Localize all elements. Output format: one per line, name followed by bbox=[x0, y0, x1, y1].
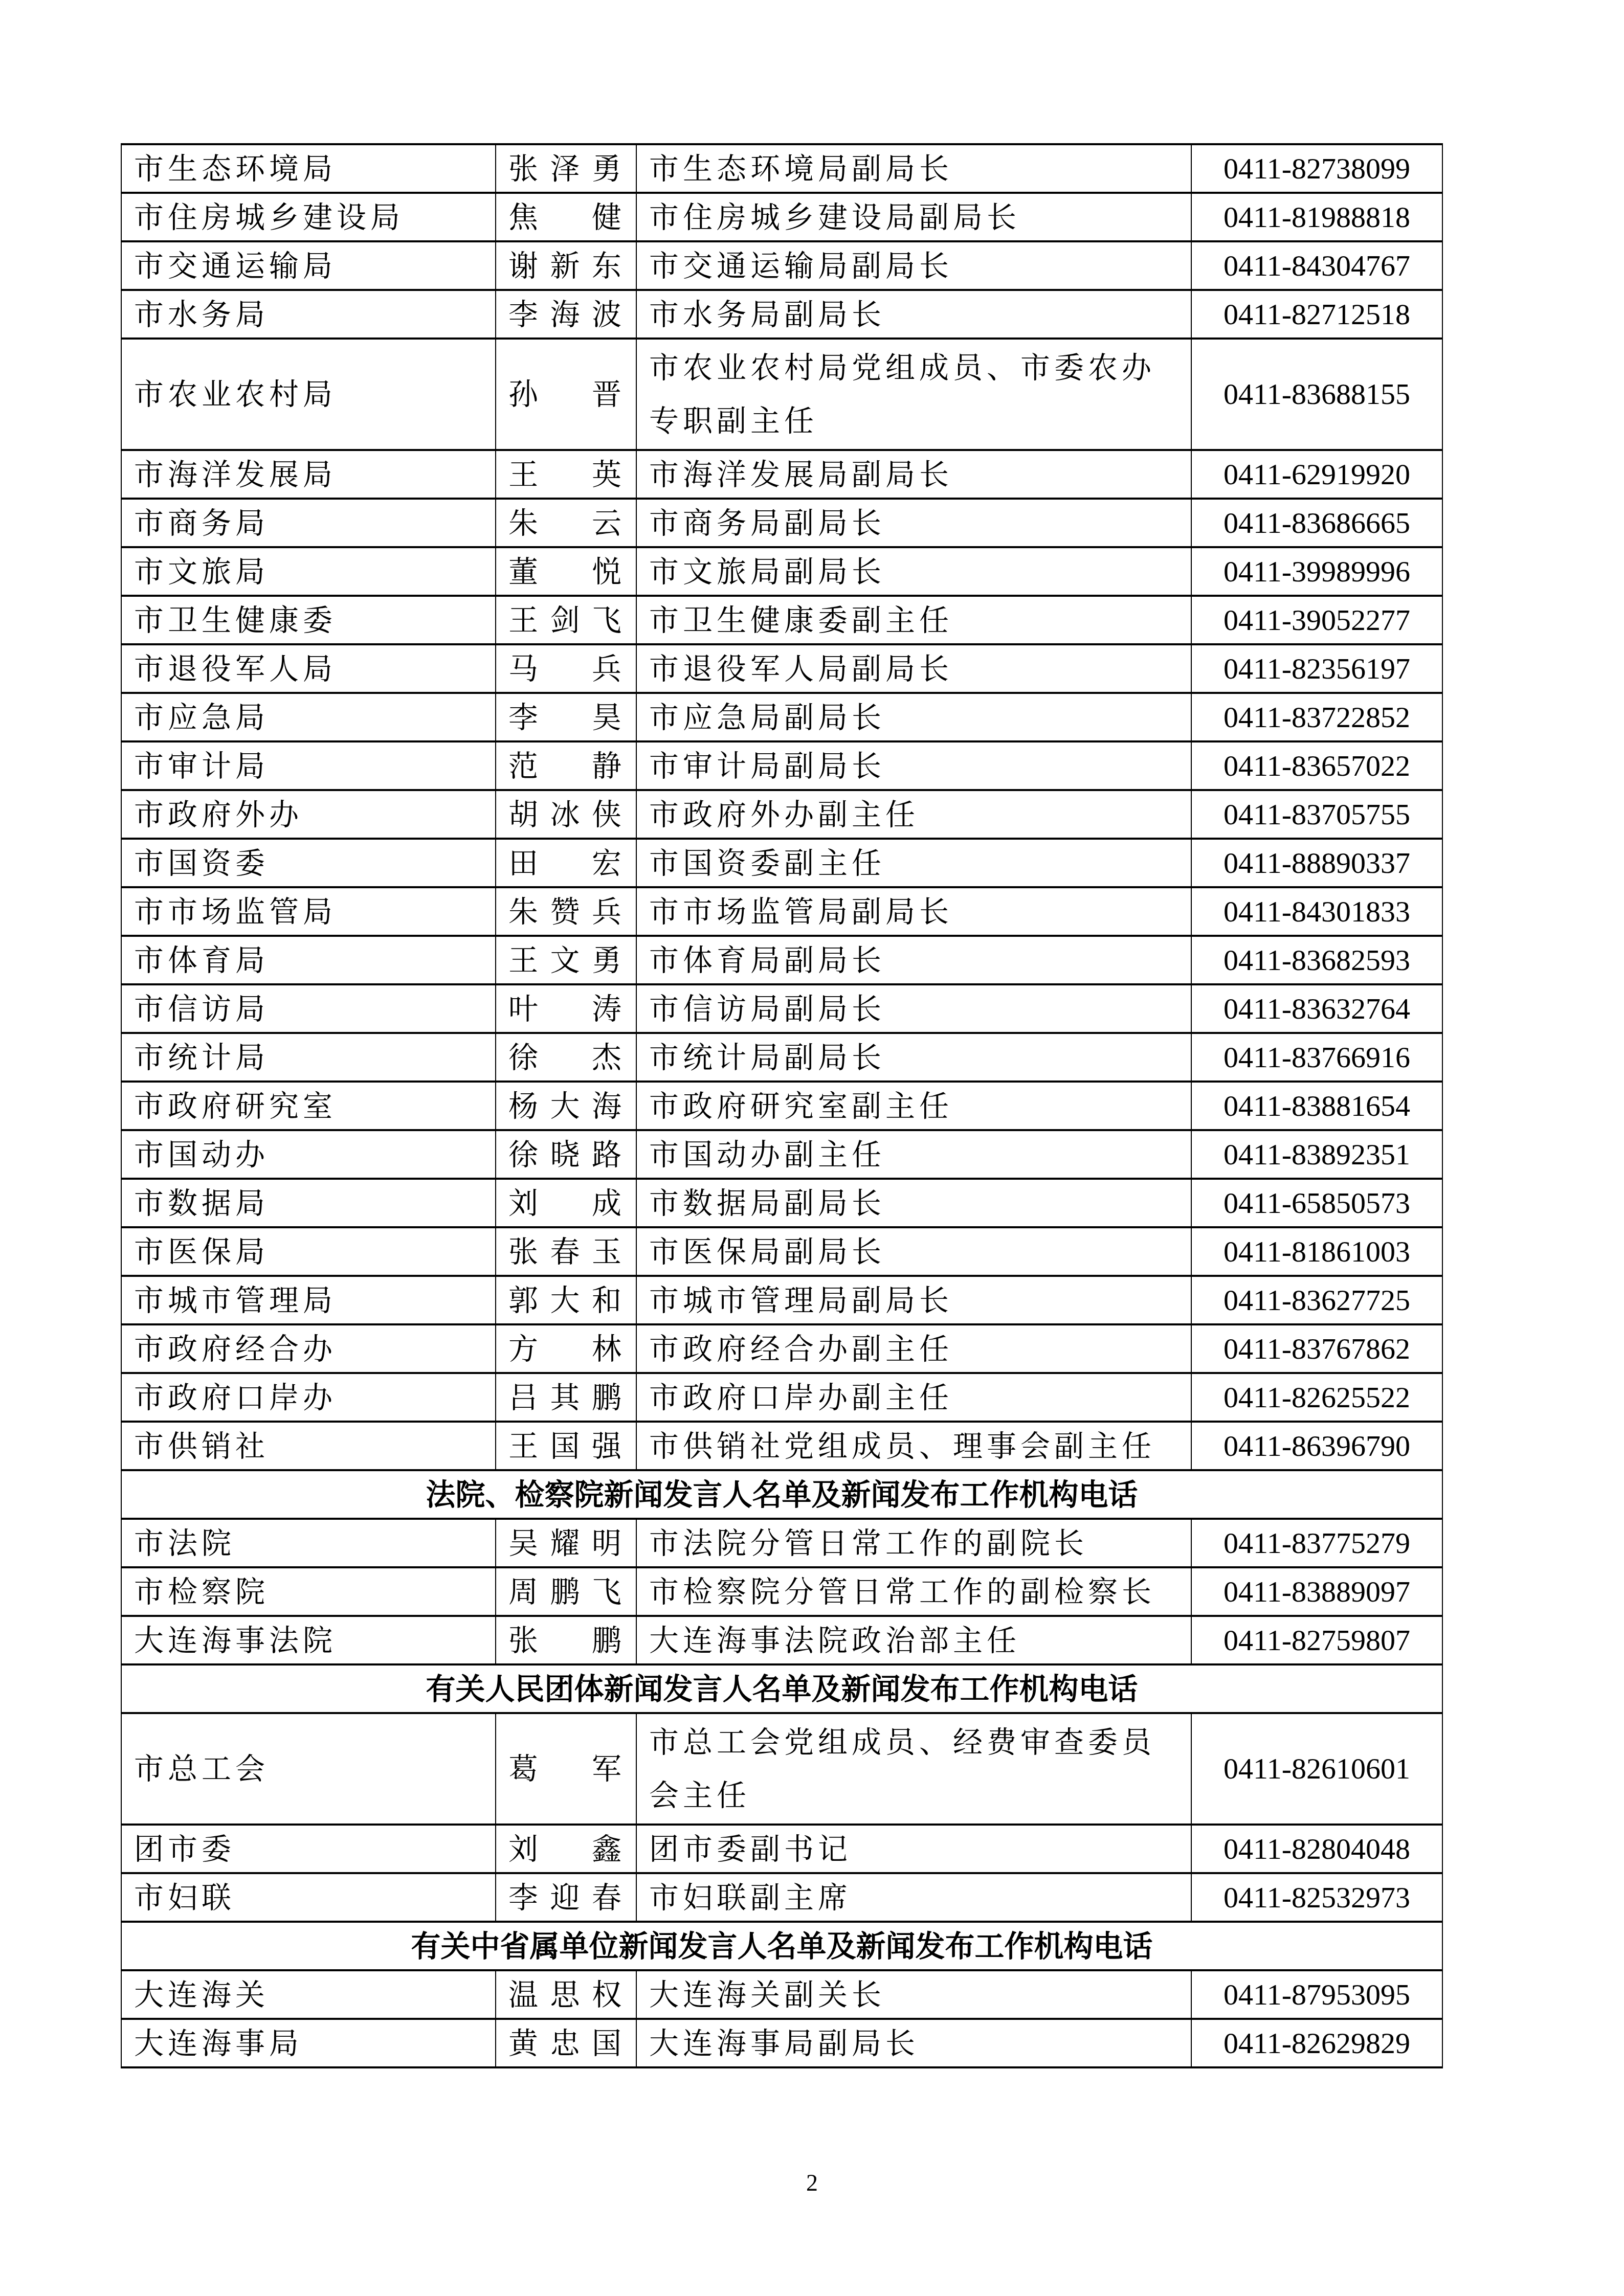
org-cell: 市医保局 bbox=[121, 1227, 496, 1276]
phone-cell: 0411-87953095 bbox=[1191, 1970, 1442, 2019]
phone-cell: 0411-83775279 bbox=[1191, 1519, 1442, 1567]
name-cell: 孙 晋 bbox=[496, 339, 636, 450]
table-row: 市退役军人局马 兵市退役军人局副局长0411-82356197 bbox=[121, 644, 1442, 693]
title-cell: 市政府研究室副主任 bbox=[636, 1082, 1191, 1130]
org-cell: 市总工会 bbox=[121, 1713, 496, 1825]
title-cell: 市商务局副局长 bbox=[636, 499, 1191, 547]
phone-cell: 0411-83767862 bbox=[1191, 1324, 1442, 1373]
section-title: 有关中省属单位新闻发言人名单及新闻发布工作机构电话 bbox=[121, 1922, 1442, 1970]
org-cell: 市应急局 bbox=[121, 693, 496, 741]
section-header-row: 法院、检察院新闻发言人名单及新闻发布工作机构电话 bbox=[121, 1470, 1442, 1519]
section-header-row: 有关人民团体新闻发言人名单及新闻发布工作机构电话 bbox=[121, 1664, 1442, 1713]
org-cell: 市法院 bbox=[121, 1519, 496, 1567]
table-row: 市政府口岸办吕其鹏市政府口岸办副主任0411-82625522 bbox=[121, 1373, 1442, 1422]
phone-cell: 0411-83889097 bbox=[1191, 1567, 1442, 1616]
title-cell: 市妇联副主席 bbox=[636, 1873, 1191, 1922]
phone-cell: 0411-83705755 bbox=[1191, 790, 1442, 839]
phone-cell: 0411-62919920 bbox=[1191, 450, 1442, 499]
org-cell: 市体育局 bbox=[121, 936, 496, 984]
org-cell: 市供销社 bbox=[121, 1422, 496, 1470]
org-cell: 市信访局 bbox=[121, 984, 496, 1033]
title-cell: 市政府外办副主任 bbox=[636, 790, 1191, 839]
section-title: 有关人民团体新闻发言人名单及新闻发布工作机构电话 bbox=[121, 1664, 1442, 1713]
phone-cell: 0411-83766916 bbox=[1191, 1033, 1442, 1082]
org-cell: 市交通运输局 bbox=[121, 241, 496, 290]
table-row: 市住房城乡建设局焦 健市住房城乡建设局副局长0411-81988818 bbox=[121, 193, 1442, 241]
table-row: 市海洋发展局王 英市海洋发展局副局长0411-62919920 bbox=[121, 450, 1442, 499]
name-cell: 叶 涛 bbox=[496, 984, 636, 1033]
org-cell: 团市委 bbox=[121, 1825, 496, 1873]
org-cell: 大连海事局 bbox=[121, 2019, 496, 2067]
title-cell: 市审计局副局长 bbox=[636, 741, 1191, 790]
org-cell: 市妇联 bbox=[121, 1873, 496, 1922]
org-cell: 市政府研究室 bbox=[121, 1082, 496, 1130]
name-cell: 张春玉 bbox=[496, 1227, 636, 1276]
table-row: 市法院吴耀明市法院分管日常工作的副院长0411-83775279 bbox=[121, 1519, 1442, 1567]
section-title: 法院、检察院新闻发言人名单及新闻发布工作机构电话 bbox=[121, 1470, 1442, 1519]
title-cell: 市卫生健康委副主任 bbox=[636, 596, 1191, 644]
table-row: 市检察院周鹏飞市检察院分管日常工作的副检察长0411-83889097 bbox=[121, 1567, 1442, 1616]
table-row: 团市委刘 鑫团市委副书记0411-82804048 bbox=[121, 1825, 1442, 1873]
org-cell: 市农业农村局 bbox=[121, 339, 496, 450]
table-row: 市应急局李 昊市应急局副局长0411-83722852 bbox=[121, 693, 1442, 741]
title-cell: 市城市管理局副局长 bbox=[636, 1276, 1191, 1324]
phone-cell: 0411-82610601 bbox=[1191, 1713, 1442, 1825]
org-cell: 市城市管理局 bbox=[121, 1276, 496, 1324]
name-cell: 王剑飞 bbox=[496, 596, 636, 644]
title-cell: 市农业农村局党组成员、市委农办专职副主任 bbox=[636, 339, 1191, 450]
title-cell: 市信访局副局长 bbox=[636, 984, 1191, 1033]
table-row: 市供销社王国强市供销社党组成员、理事会副主任0411-86396790 bbox=[121, 1422, 1442, 1470]
name-cell: 方 林 bbox=[496, 1324, 636, 1373]
section-header-row: 有关中省属单位新闻发言人名单及新闻发布工作机构电话 bbox=[121, 1922, 1442, 1970]
title-cell: 大连海关副关长 bbox=[636, 1970, 1191, 2019]
name-cell: 王文勇 bbox=[496, 936, 636, 984]
phone-cell: 0411-83657022 bbox=[1191, 741, 1442, 790]
phone-cell: 0411-83722852 bbox=[1191, 693, 1442, 741]
table-row: 市农业农村局孙 晋市农业农村局党组成员、市委农办专职副主任0411-836881… bbox=[121, 339, 1442, 450]
table-row: 市体育局王文勇市体育局副局长0411-83682593 bbox=[121, 936, 1442, 984]
org-cell: 市统计局 bbox=[121, 1033, 496, 1082]
org-cell: 市商务局 bbox=[121, 499, 496, 547]
table-row: 市卫生健康委王剑飞市卫生健康委副主任0411-39052277 bbox=[121, 596, 1442, 644]
title-cell: 市退役军人局副局长 bbox=[636, 644, 1191, 693]
phone-cell: 0411-83892351 bbox=[1191, 1130, 1442, 1179]
title-cell: 市水务局副局长 bbox=[636, 290, 1191, 339]
name-cell: 温思权 bbox=[496, 1970, 636, 2019]
table-row: 市文旅局董 悦市文旅局副局长0411-39989996 bbox=[121, 547, 1442, 596]
name-cell: 刘 成 bbox=[496, 1179, 636, 1227]
table-row: 市商务局朱 云市商务局副局长0411-83686665 bbox=[121, 499, 1442, 547]
name-cell: 张 鹏 bbox=[496, 1616, 636, 1664]
name-cell: 李海波 bbox=[496, 290, 636, 339]
table-row: 市政府外办胡冰侠市政府外办副主任0411-83705755 bbox=[121, 790, 1442, 839]
phone-cell: 0411-86396790 bbox=[1191, 1422, 1442, 1470]
table-row: 市国资委田 宏市国资委副主任0411-88890337 bbox=[121, 839, 1442, 887]
name-cell: 杨大海 bbox=[496, 1082, 636, 1130]
phone-cell: 0411-39052277 bbox=[1191, 596, 1442, 644]
org-cell: 大连海关 bbox=[121, 1970, 496, 2019]
table-row: 市城市管理局郭大和市城市管理局副局长0411-83627725 bbox=[121, 1276, 1442, 1324]
title-cell: 市市场监管局副局长 bbox=[636, 887, 1191, 936]
name-cell: 焦 健 bbox=[496, 193, 636, 241]
org-cell: 市海洋发展局 bbox=[121, 450, 496, 499]
phone-cell: 0411-84304767 bbox=[1191, 241, 1442, 290]
title-cell: 市体育局副局长 bbox=[636, 936, 1191, 984]
name-cell: 郭大和 bbox=[496, 1276, 636, 1324]
title-cell: 大连海事法院政治部主任 bbox=[636, 1616, 1191, 1664]
document-page: 市生态环境局张泽勇市生态环境局副局长0411-82738099市住房城乡建设局焦… bbox=[0, 0, 1624, 2296]
table-row: 市总工会葛 军市总工会党组成员、经费审查委员会主任0411-82610601 bbox=[121, 1713, 1442, 1825]
table-row: 市审计局范 静市审计局副局长0411-83657022 bbox=[121, 741, 1442, 790]
name-cell: 马 兵 bbox=[496, 644, 636, 693]
org-cell: 市政府外办 bbox=[121, 790, 496, 839]
name-cell: 葛 军 bbox=[496, 1713, 636, 1825]
title-cell: 市统计局副局长 bbox=[636, 1033, 1191, 1082]
name-cell: 李 昊 bbox=[496, 693, 636, 741]
phone-cell: 0411-82804048 bbox=[1191, 1825, 1442, 1873]
org-cell: 市审计局 bbox=[121, 741, 496, 790]
table-row: 市政府经合办方 林市政府经合办副主任0411-83767862 bbox=[121, 1324, 1442, 1373]
name-cell: 王国强 bbox=[496, 1422, 636, 1470]
org-cell: 市国动办 bbox=[121, 1130, 496, 1179]
org-cell: 市政府经合办 bbox=[121, 1324, 496, 1373]
phone-cell: 0411-82356197 bbox=[1191, 644, 1442, 693]
phone-cell: 0411-84301833 bbox=[1191, 887, 1442, 936]
phone-cell: 0411-81988818 bbox=[1191, 193, 1442, 241]
title-cell: 市海洋发展局副局长 bbox=[636, 450, 1191, 499]
org-cell: 市住房城乡建设局 bbox=[121, 193, 496, 241]
spokesperson-table: 市生态环境局张泽勇市生态环境局副局长0411-82738099市住房城乡建设局焦… bbox=[121, 143, 1443, 2068]
phone-cell: 0411-82759807 bbox=[1191, 1616, 1442, 1664]
phone-cell: 0411-83688155 bbox=[1191, 339, 1442, 450]
page-number: 2 bbox=[0, 2169, 1624, 2196]
title-cell: 市文旅局副局长 bbox=[636, 547, 1191, 596]
org-cell: 市卫生健康委 bbox=[121, 596, 496, 644]
table-row: 市数据局刘 成市数据局副局长0411-65850573 bbox=[121, 1179, 1442, 1227]
phone-cell: 0411-82625522 bbox=[1191, 1373, 1442, 1422]
name-cell: 徐晓路 bbox=[496, 1130, 636, 1179]
title-cell: 市国动办副主任 bbox=[636, 1130, 1191, 1179]
org-cell: 市检察院 bbox=[121, 1567, 496, 1616]
name-cell: 黄忠国 bbox=[496, 2019, 636, 2067]
title-cell: 市应急局副局长 bbox=[636, 693, 1191, 741]
phone-cell: 0411-88890337 bbox=[1191, 839, 1442, 887]
org-cell: 大连海事法院 bbox=[121, 1616, 496, 1664]
org-cell: 市水务局 bbox=[121, 290, 496, 339]
title-cell: 市供销社党组成员、理事会副主任 bbox=[636, 1422, 1191, 1470]
org-cell: 市文旅局 bbox=[121, 547, 496, 596]
phone-cell: 0411-83632764 bbox=[1191, 984, 1442, 1033]
phone-cell: 0411-81861003 bbox=[1191, 1227, 1442, 1276]
phone-cell: 0411-83686665 bbox=[1191, 499, 1442, 547]
phone-cell: 0411-83881654 bbox=[1191, 1082, 1442, 1130]
title-cell: 市总工会党组成员、经费审查委员会主任 bbox=[636, 1713, 1191, 1825]
name-cell: 朱 云 bbox=[496, 499, 636, 547]
phone-cell: 0411-83682593 bbox=[1191, 936, 1442, 984]
table-row: 大连海事法院张 鹏大连海事法院政治部主任0411-82759807 bbox=[121, 1616, 1442, 1664]
org-cell: 市市场监管局 bbox=[121, 887, 496, 936]
phone-cell: 0411-82532973 bbox=[1191, 1873, 1442, 1922]
name-cell: 范 静 bbox=[496, 741, 636, 790]
name-cell: 刘 鑫 bbox=[496, 1825, 636, 1873]
title-cell: 市政府经合办副主任 bbox=[636, 1324, 1191, 1373]
table-row: 市水务局李海波市水务局副局长0411-82712518 bbox=[121, 290, 1442, 339]
name-cell: 谢新东 bbox=[496, 241, 636, 290]
org-cell: 市生态环境局 bbox=[121, 144, 496, 193]
table-row: 市医保局张春玉市医保局副局长0411-81861003 bbox=[121, 1227, 1442, 1276]
title-cell: 市住房城乡建设局副局长 bbox=[636, 193, 1191, 241]
title-cell: 市国资委副主任 bbox=[636, 839, 1191, 887]
org-cell: 市数据局 bbox=[121, 1179, 496, 1227]
org-cell: 市国资委 bbox=[121, 839, 496, 887]
name-cell: 胡冰侠 bbox=[496, 790, 636, 839]
name-cell: 董 悦 bbox=[496, 547, 636, 596]
title-cell: 市法院分管日常工作的副院长 bbox=[636, 1519, 1191, 1567]
title-cell: 大连海事局副局长 bbox=[636, 2019, 1191, 2067]
name-cell: 吕其鹏 bbox=[496, 1373, 636, 1422]
org-cell: 市退役军人局 bbox=[121, 644, 496, 693]
title-cell: 市数据局副局长 bbox=[636, 1179, 1191, 1227]
name-cell: 李迎春 bbox=[496, 1873, 636, 1922]
table-row: 市统计局徐 杰市统计局副局长0411-83766916 bbox=[121, 1033, 1442, 1082]
phone-cell: 0411-83627725 bbox=[1191, 1276, 1442, 1324]
org-cell: 市政府口岸办 bbox=[121, 1373, 496, 1422]
table-row: 市信访局叶 涛市信访局副局长0411-83632764 bbox=[121, 984, 1442, 1033]
phone-cell: 0411-82712518 bbox=[1191, 290, 1442, 339]
name-cell: 王 英 bbox=[496, 450, 636, 499]
name-cell: 吴耀明 bbox=[496, 1519, 636, 1567]
title-cell: 团市委副书记 bbox=[636, 1825, 1191, 1873]
phone-cell: 0411-82738099 bbox=[1191, 144, 1442, 193]
phone-cell: 0411-39989996 bbox=[1191, 547, 1442, 596]
title-cell: 市检察院分管日常工作的副检察长 bbox=[636, 1567, 1191, 1616]
table-row: 市交通运输局谢新东市交通运输局副局长0411-84304767 bbox=[121, 241, 1442, 290]
name-cell: 朱赞兵 bbox=[496, 887, 636, 936]
table-body: 市生态环境局张泽勇市生态环境局副局长0411-82738099市住房城乡建设局焦… bbox=[121, 144, 1442, 2067]
table-row: 大连海关温思权大连海关副关长0411-87953095 bbox=[121, 1970, 1442, 2019]
title-cell: 市政府口岸办副主任 bbox=[636, 1373, 1191, 1422]
phone-cell: 0411-82629829 bbox=[1191, 2019, 1442, 2067]
name-cell: 田 宏 bbox=[496, 839, 636, 887]
title-cell: 市生态环境局副局长 bbox=[636, 144, 1191, 193]
table-row: 市生态环境局张泽勇市生态环境局副局长0411-82738099 bbox=[121, 144, 1442, 193]
name-cell: 周鹏飞 bbox=[496, 1567, 636, 1616]
table-row: 市市场监管局朱赞兵市市场监管局副局长0411-84301833 bbox=[121, 887, 1442, 936]
title-cell: 市交通运输局副局长 bbox=[636, 241, 1191, 290]
table-row: 市妇联李迎春市妇联副主席0411-82532973 bbox=[121, 1873, 1442, 1922]
table-row: 市政府研究室杨大海市政府研究室副主任0411-83881654 bbox=[121, 1082, 1442, 1130]
phone-cell: 0411-65850573 bbox=[1191, 1179, 1442, 1227]
name-cell: 张泽勇 bbox=[496, 144, 636, 193]
table-row: 大连海事局黄忠国大连海事局副局长0411-82629829 bbox=[121, 2019, 1442, 2067]
title-cell: 市医保局副局长 bbox=[636, 1227, 1191, 1276]
table-row: 市国动办徐晓路市国动办副主任0411-83892351 bbox=[121, 1130, 1442, 1179]
name-cell: 徐 杰 bbox=[496, 1033, 636, 1082]
